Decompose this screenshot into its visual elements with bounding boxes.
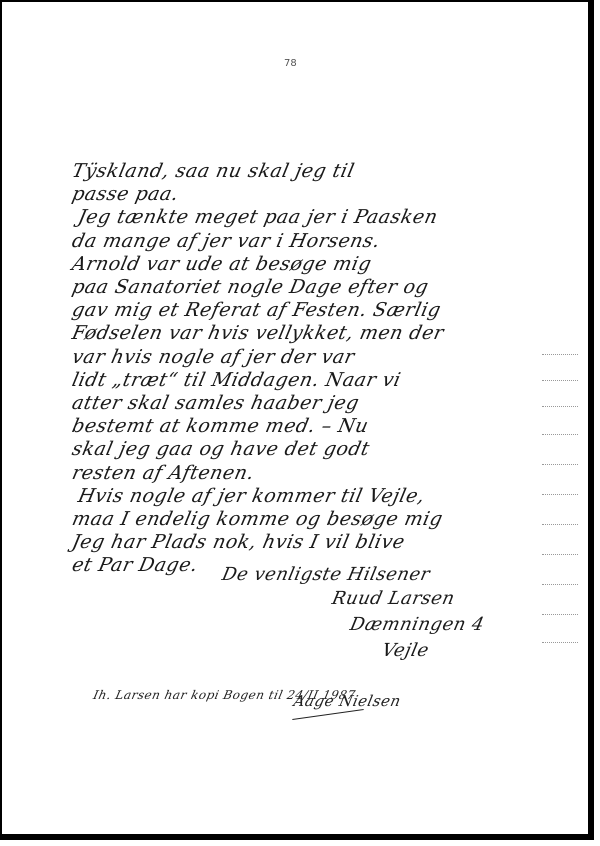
letter-line: paa Sanatoriet nogle Dage efter og xyxy=(70,276,431,298)
letter-line: var hvis nogle af jer der var xyxy=(70,346,357,368)
signature-underline xyxy=(292,709,363,720)
margin-mark xyxy=(542,554,578,556)
margin-mark xyxy=(542,584,578,586)
margin-mark xyxy=(542,642,578,644)
letter-line: maa I endelig komme og besøge mig xyxy=(70,508,445,530)
closing-salutation: De venligste Hilsener xyxy=(220,564,432,585)
letter-line: atter skal samles haaber jeg xyxy=(70,392,361,414)
letter-line: gav mig et Referat af Festen. Særlig xyxy=(70,299,443,321)
letter-line: et Par Dage. xyxy=(70,554,200,576)
letter-line: resten af Aftenen. xyxy=(70,462,256,484)
signature-name: Ruud Larsen xyxy=(330,588,457,609)
address-city: Vejle xyxy=(380,640,431,661)
page-number: 78 xyxy=(284,58,297,69)
margin-mark xyxy=(542,434,578,436)
margin-mark xyxy=(542,614,578,616)
letter-line: da mange af jer var i Horsens. xyxy=(70,230,382,252)
letter-line: Jeg tænkte meget paa jer i Paasken xyxy=(76,206,440,228)
address-street: Dæmningen 4 xyxy=(348,614,486,635)
letter-line: Hvis nogle af jer kommer til Vejle, xyxy=(76,485,427,507)
letter-line: lidt „træt“ til Middagen. Naar vi xyxy=(70,369,403,391)
margin-mark xyxy=(542,494,578,496)
letter-line: bestemt at komme med. – Nu xyxy=(70,415,371,437)
letter-line: Jeg har Plads nok, hvis I vil blive xyxy=(70,531,407,553)
archive-signature: Aage Nielsen xyxy=(292,692,403,710)
margin-mark xyxy=(542,354,578,356)
letter-line: Arnold var ude at besøge mig xyxy=(70,253,374,275)
document-page: 78 Tÿskland, saa nu skal jeg tilpasse pa… xyxy=(0,0,594,840)
letter-line: skal jeg gaa og have det godt xyxy=(70,438,372,460)
margin-mark xyxy=(542,380,578,382)
margin-mark xyxy=(542,464,578,466)
letter-line: Fødselen var hvis vellykket, men der xyxy=(70,322,446,344)
letter-line: passe paa. xyxy=(70,183,181,205)
margin-mark xyxy=(542,524,578,526)
margin-mark xyxy=(542,406,578,408)
letter-line: Tÿskland, saa nu skal jeg til xyxy=(70,160,357,182)
